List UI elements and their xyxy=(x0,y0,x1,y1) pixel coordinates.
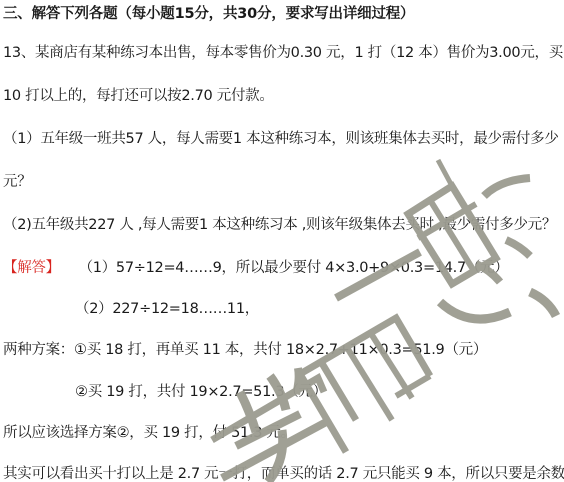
question-1-line-1: （1）五年级一班共57 人，每人需要1 本这种练习本，则该班集体去买时，最少需付… xyxy=(3,129,559,149)
answer-2: （2）227÷12=18……11， xyxy=(75,299,259,319)
conclusion: 所以应该选择方案②，买 19 打，付 51.3 元。 xyxy=(3,423,295,443)
watermark-logo-icon xyxy=(0,0,564,482)
answer-1-row: 【解答】（1）57÷12=4……9，所以最少要付 4×3.0+9×0.3=14.… xyxy=(3,258,509,278)
document-page: 三、解答下列各题（每小题15分，共30分，要求写出详细过程） 13、某商店有某种… xyxy=(0,0,564,482)
explanation-note: 其实可以看出买十打以上是 2.7 元一打，而单买的话 2.7 元只能买 9 本，… xyxy=(3,464,564,482)
plan-1: ①买 18 打，再单买 11 本，共付 18×2.7+11×0.3=51.9（元… xyxy=(74,342,487,358)
plan-2: ②买 19 打，共付 19×2.7=51.3（元） xyxy=(75,382,327,402)
section-heading: 三、解答下列各题（每小题15分，共30分，要求写出详细过程） xyxy=(3,4,414,24)
problem-statement-line-1: 13、某商店有某种练习本出售，每本零售价为0.30 元，1 打（12 本）售价为… xyxy=(3,43,563,63)
question-2: （2)五年级共227 人 ,每人需要1 本这种练习本 ,则该年级集体去买时 ,最… xyxy=(3,215,556,235)
answer-1: （1）57÷12=4……9，所以最少要付 4×3.0+9×0.3=14.7（元） xyxy=(86,260,509,276)
answer-tag: 【解答】 xyxy=(3,260,60,276)
problem-statement-line-2: 10 打以上的，每打还可以按2.70 元付款。 xyxy=(3,86,274,106)
plans-row: 两种方案：①买 18 打，再单买 11 本，共付 18×2.7+11×0.3=5… xyxy=(3,340,487,360)
plans-label: 两种方案： xyxy=(3,342,74,358)
question-1-line-2: 元？ xyxy=(3,172,31,192)
